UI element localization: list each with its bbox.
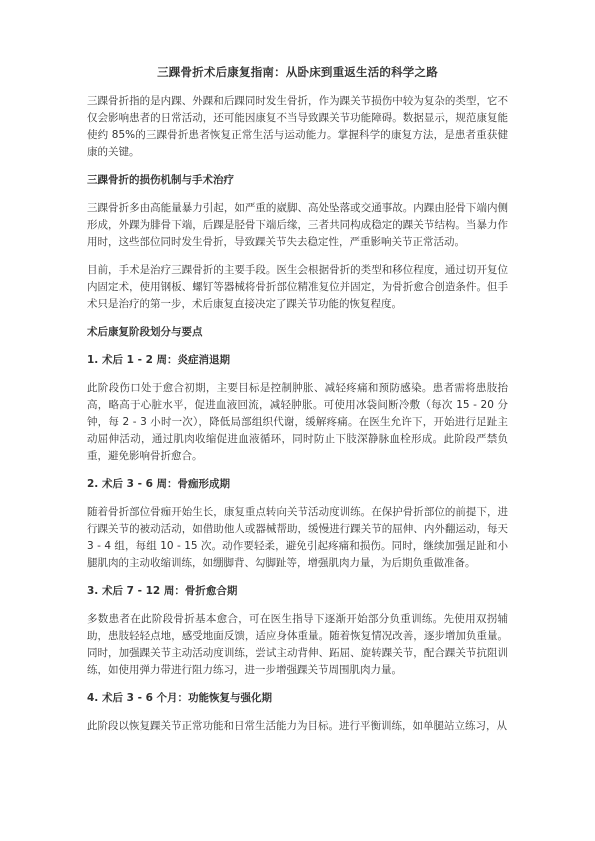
paragraph-stage-1: 此阶段伤口处于愈合初期，主要目标是控制肿胀、减轻疼痛和预防感染。患者需将患肢抬高… [87, 380, 508, 465]
paragraph-injury-mechanism: 三踝骨折多由高能量暴力引起，如严重的崴脚、高处坠落或交通事故。内踝由胫骨下端内侧… [87, 200, 508, 251]
stage-heading-1: 1. 术后 1 - 2 周：炎症消退期 [87, 352, 508, 369]
intro-paragraph: 三踝骨折指的是内踝、外踝和后踝同时发生骨折，作为踝关节损伤中较为复杂的类型，它不… [87, 93, 508, 161]
paragraph-stage-4: 此阶段以恢复踝关节正常功能和日常生活能力为目标。进行平衡训练，如单腿站立练习，从 [87, 718, 508, 735]
stage-heading-4: 4. 术后 3 - 6 个月：功能恢复与强化期 [87, 690, 508, 707]
section-heading-rehab-stages: 术后康复阶段划分与要点 [87, 324, 508, 341]
stage-heading-2: 2. 术后 3 - 6 周：骨痂形成期 [87, 476, 508, 493]
paragraph-surgery-treatment: 目前，手术是治疗三踝骨折的主要手段。医生会根据骨折的类型和移位程度，通过切开复位… [87, 262, 508, 313]
stage-heading-3: 3. 术后 7 - 12 周：骨折愈合期 [87, 583, 508, 600]
paragraph-stage-2: 随着骨折部位骨痂开始生长，康复重点转向关节活动度训练。在保护骨折部位的前提下，进… [87, 504, 508, 572]
document-title: 三踝骨折术后康复指南：从卧床到重返生活的科学之路 [87, 64, 508, 81]
paragraph-stage-3: 多数患者在此阶段骨折基本愈合，可在医生指导下逐渐开始部分负重训练。先使用双拐辅助… [87, 611, 508, 679]
section-heading-injury-mechanism: 三踝骨折的损伤机制与手术治疗 [87, 172, 508, 189]
document-page: 三踝骨折术后康复指南：从卧床到重返生活的科学之路 三踝骨折指的是内踝、外踝和后踝… [0, 0, 595, 841]
